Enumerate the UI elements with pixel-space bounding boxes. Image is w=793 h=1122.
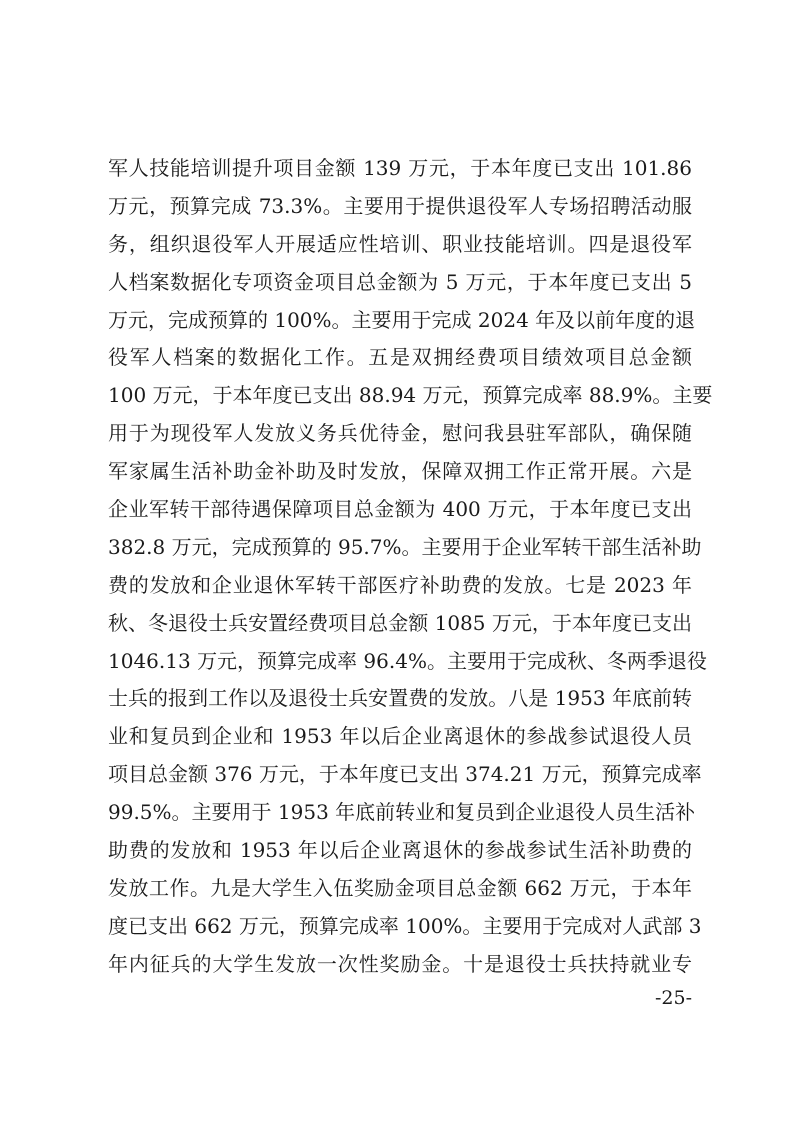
body-paragraph: 军人技能培训提升项目金额 139 万元，于本年度已支出 101.86 万元，预算… — [108, 150, 692, 984]
text-line: 秋、冬退役士兵安置经费项目总金额 1085 万元，于本年度已支出 — [108, 605, 692, 643]
text-line: 382.8 万元，完成预算的 95.7%。主要用于企业军转干部生活补助 — [108, 529, 692, 567]
text-line: 役军人档案的数据化工作。五是双拥经费项目绩效项目总金额 — [108, 339, 692, 377]
text-line: 用于为现役军人发放义务兵优待金，慰问我县驻军部队，确保随 — [108, 415, 692, 453]
text-line: 业和复员到企业和 1953 年以后企业离退休的参战参试退役人员 — [108, 718, 692, 756]
text-line: 费的发放和企业退休军转干部医疗补助费的发放。七是 2023 年 — [108, 567, 692, 605]
text-line: 99.5%。主要用于 1953 年底前转业和复员到企业退役人员生活补 — [108, 794, 692, 832]
text-line: 企业军转干部待遇保障项目总金额为 400 万元，于本年度已支出 — [108, 491, 692, 529]
text-line: 项目总金额 376 万元，于本年度已支出 374.21 万元，预算完成率 — [108, 756, 692, 794]
text-line: 军人技能培训提升项目金额 139 万元，于本年度已支出 101.86 — [108, 150, 692, 188]
text-line: 100 万元，于本年度已支出 88.94 万元，预算完成率 88.9%。主要 — [108, 377, 692, 415]
text-line: 士兵的报到工作以及退役士兵安置费的发放。八是 1953 年底前转 — [108, 680, 692, 718]
page-number: -25- — [650, 987, 692, 1009]
text-line: 年内征兵的大学生发放一次性奖励金。十是退役士兵扶持就业专 — [108, 946, 692, 984]
text-line: 军家属生活补助金补助及时发放，保障双拥工作正常开展。六是 — [108, 453, 692, 491]
text-line: 务，组织退役军人开展适应性培训、职业技能培训。四是退役军 — [108, 226, 692, 264]
text-line: 1046.13 万元，预算完成率 96.4%。主要用于完成秋、冬两季退役 — [108, 643, 692, 681]
document-page: 军人技能培训提升项目金额 139 万元，于本年度已支出 101.86 万元，预算… — [0, 0, 793, 1122]
text-line: 发放工作。九是大学生入伍奖励金项目总金额 662 万元，于本年 — [108, 870, 692, 908]
text-line: 助费的发放和 1953 年以后企业离退休的参战参试生活补助费的 — [108, 832, 692, 870]
text-line: 万元，预算完成 73.3%。主要用于提供退役军人专场招聘活动服 — [108, 188, 692, 226]
text-line: 度已支出 662 万元，预算完成率 100%。主要用于完成对人武部 3 — [108, 908, 692, 946]
text-line: 人档案数据化专项资金项目总金额为 5 万元，于本年度已支出 5 — [108, 264, 692, 302]
text-line: 万元，完成预算的 100%。主要用于完成 2024 年及以前年度的退 — [108, 302, 692, 340]
